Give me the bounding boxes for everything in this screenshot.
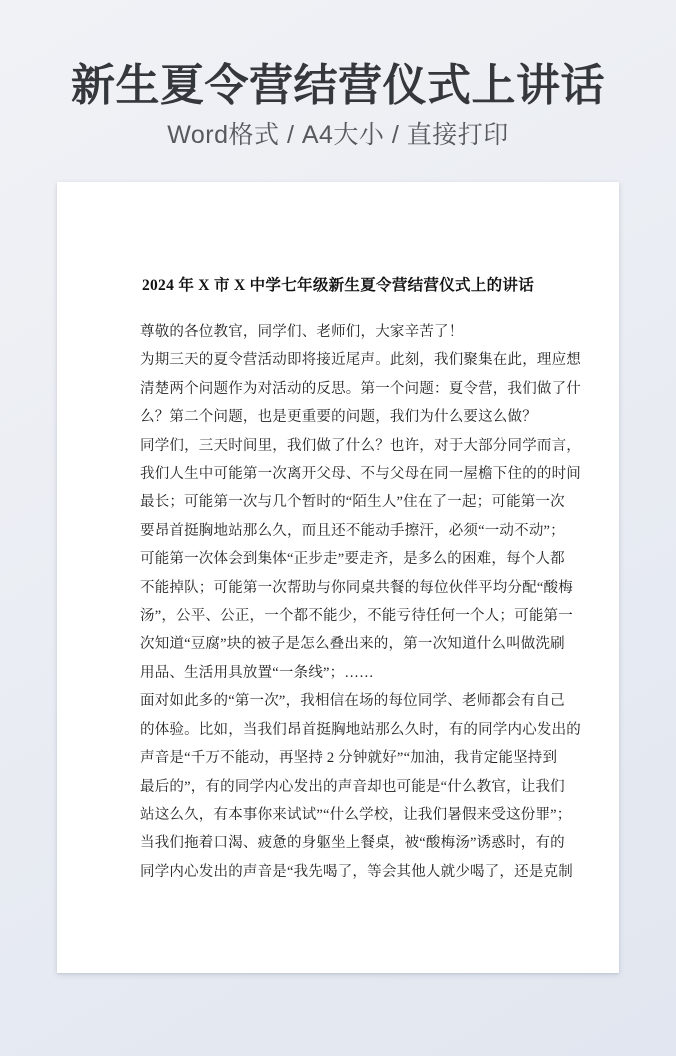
text-line: 我们人生中可能第一次离开父母、不与父母在同一屋檐下住的的时间 — [140, 460, 536, 488]
text-line: 同学们，三天时间里，我们做了什么？也许，对于大部分同学而言， — [140, 432, 536, 460]
page-title: 新生夏令营结营仪式上讲话 — [0, 60, 676, 112]
paragraph: 尊敬的各位教官，同学们、老师们，大家辛苦了！ — [140, 318, 536, 346]
text-line: 的体验。比如，当我们昂首挺胸地站那么久时，有的同学内心发出的 — [140, 716, 536, 744]
text-line: 不能掉队；可能第一次帮助与你同桌共餐的每位伙伴平均分配“酸梅 — [140, 574, 536, 602]
paragraph: 同学们，三天时间里，我们做了什么？也许，对于大部分同学而言，我们人生中可能第一次… — [140, 432, 536, 688]
page-subtitle: Word格式 / A4大小 / 直接打印 — [0, 119, 676, 151]
text-line: 用品、生活用具放置“一条线”；…… — [140, 659, 536, 687]
text-line: 可能第一次体会到集体“正步走”要走齐，是多么的困难，每个人都 — [140, 545, 536, 573]
text-line: 次知道“豆腐”块的被子是怎么叠出来的，第一次知道什么叫做洗刷 — [140, 630, 536, 658]
document-page: 2024 年 X 市 X 中学七年级新生夏令营结营仪式上的讲话 尊敬的各位教官，… — [57, 182, 619, 973]
text-line: 尊敬的各位教官，同学们、老师们，大家辛苦了！ — [140, 318, 536, 346]
text-line: 为期三天的夏令营活动即将接近尾声。此刻，我们聚集在此，理应想 — [140, 346, 536, 374]
text-line: 最后的”，有的同学内心发出的声音却也可能是“什么教官，让我们 — [140, 773, 536, 801]
document-title: 2024 年 X 市 X 中学七年级新生夏令营结营仪式上的讲话 — [140, 276, 536, 296]
text-line: 要昂首挺胸地站那么久，而且还不能动手擦汗，必须“一动不动”； — [140, 517, 536, 545]
text-line: 当我们拖着口渴、疲惫的身躯坐上餐桌，被“酸梅汤”诱惑时，有的 — [140, 829, 536, 857]
text-line: 面对如此多的“第一次”，我相信在场的每位同学、老师都会有自己 — [140, 687, 536, 715]
text-line: 么？第二个问题，也是更重要的问题，我们为什么要这么做？ — [140, 403, 536, 431]
text-line: 声音是“千万不能动，再坚持 2 分钟就好”“加油，我肯定能坚持到 — [140, 744, 536, 772]
page-background: { "header": { "title": "新生夏令营结营仪式上讲话", "… — [0, 0, 676, 1056]
paragraph: 面对如此多的“第一次”，我相信在场的每位同学、老师都会有自己的体验。比如，当我们… — [140, 687, 536, 886]
text-line: 同学内心发出的声音是“我先喝了，等会其他人就少喝了，还是克制 — [140, 858, 536, 886]
text-line: 清楚两个问题作为对活动的反思。第一个问题：夏令营，我们做了什 — [140, 375, 536, 403]
text-line: 最长；可能第一次与几个暂时的“陌生人”住在了一起；可能第一次 — [140, 488, 536, 516]
hero-header: 新生夏令营结营仪式上讲话 Word格式 / A4大小 / 直接打印 — [0, 0, 676, 151]
paragraph: 为期三天的夏令营活动即将接近尾声。此刻，我们聚集在此，理应想清楚两个问题作为对活… — [140, 346, 536, 431]
text-line: 站这么久，有本事你来试试”“什么学校，让我们暑假来受这份罪”； — [140, 801, 536, 829]
text-line: 汤”，公平、公正，一个都不能少，不能亏待任何一个人；可能第一 — [140, 602, 536, 630]
document-body: 尊敬的各位教官，同学们、老师们，大家辛苦了！为期三天的夏令营活动即将接近尾声。此… — [140, 318, 536, 886]
